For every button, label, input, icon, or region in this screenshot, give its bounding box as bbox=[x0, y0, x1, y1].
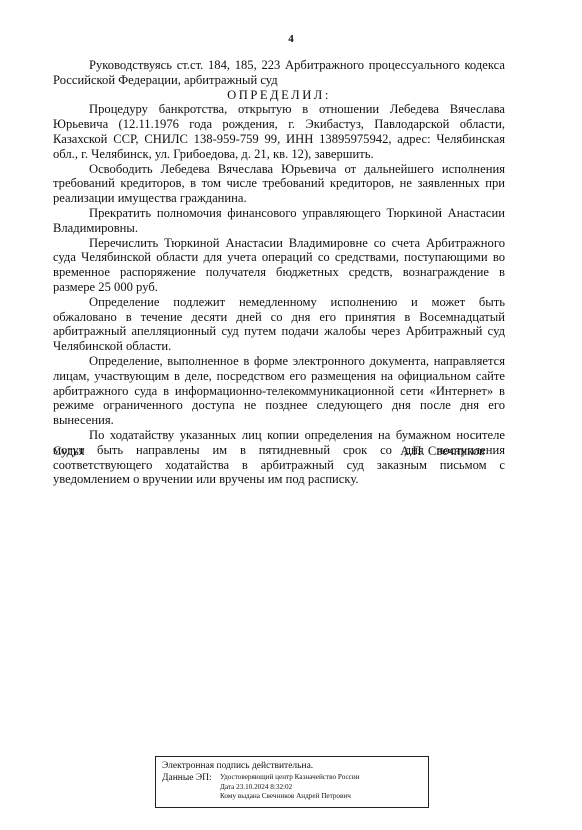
paragraph-electronic-delivery: Определение, выполненное в форме электро… bbox=[53, 354, 505, 428]
e-signature-issued-to: Кому выдана Свечников Андрей Петрович bbox=[220, 792, 360, 802]
paragraph-preamble: Руководствуясь ст.ст. 184, 185, 223 Арби… bbox=[53, 58, 505, 88]
e-signature-issuer: Удостоверяющий центр Казначейство России bbox=[220, 773, 360, 783]
signature-line: Судья А.П. Свечников bbox=[53, 444, 485, 459]
judge-name: А.П. Свечников bbox=[400, 444, 485, 459]
e-signature-date: Дата 23.10.2024 8:32:02 bbox=[220, 783, 360, 793]
paragraph-transfer-fee: Перечислить Тюркиной Анастасии Владимиро… bbox=[53, 236, 505, 295]
judge-role: Судья bbox=[53, 444, 85, 459]
paragraph-terminate-manager: Прекратить полномочия финансового управл… bbox=[53, 206, 505, 236]
e-signature-status: Электронная подпись действительна. bbox=[162, 760, 422, 772]
paragraph-release-debtor: Освободить Лебедева Вячеслава Юрьевича о… bbox=[53, 162, 505, 206]
paragraph-complete-bankruptcy: Процедуру банкротства, открытую в отноше… bbox=[53, 102, 505, 161]
ruling-heading: ОПРЕДЕЛИЛ: bbox=[53, 88, 505, 103]
e-signature-stamp: Электронная подпись действительна. Данны… bbox=[155, 756, 429, 808]
paragraph-appeal: Определение подлежит немедленному исполн… bbox=[53, 295, 505, 354]
e-signature-label: Данные ЭП: bbox=[162, 772, 220, 802]
page-number: 4 bbox=[0, 33, 582, 45]
document-body: Руководствуясь ст.ст. 184, 185, 223 Арби… bbox=[53, 58, 505, 487]
e-signature-details: Удостоверяющий центр Казначейство России… bbox=[220, 772, 360, 802]
